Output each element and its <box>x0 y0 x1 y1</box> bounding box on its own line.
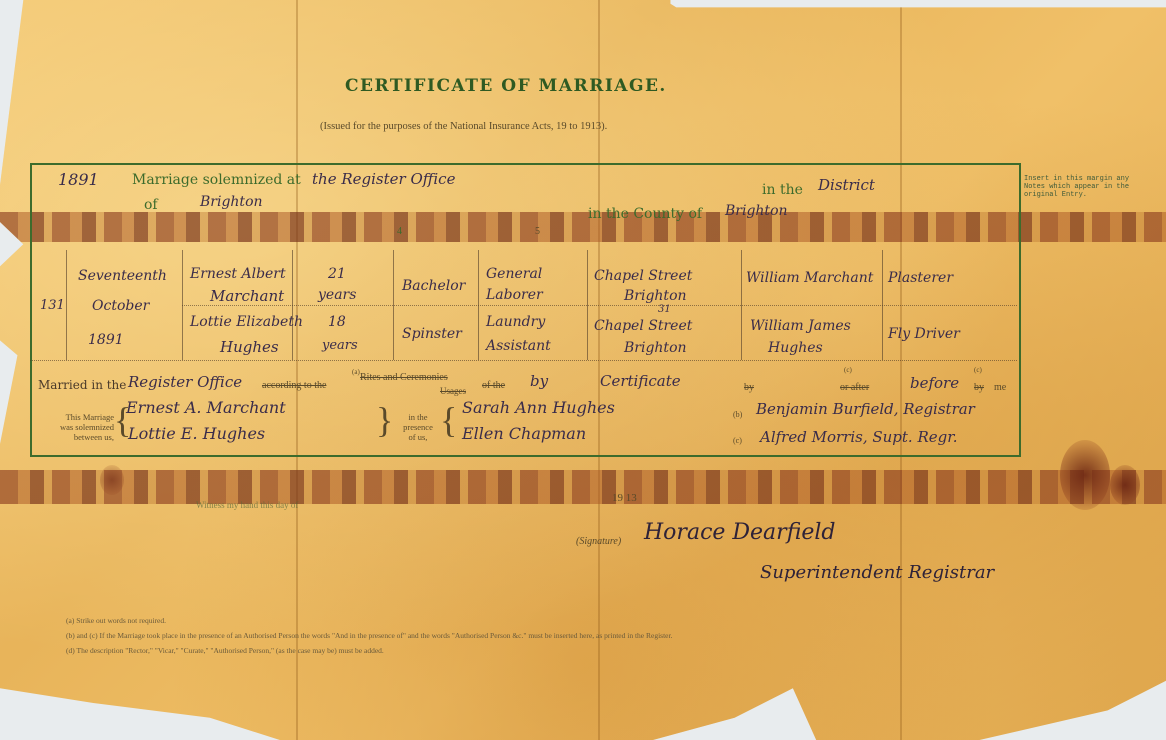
bride-signature: Lottie E. Hughes <box>128 424 265 443</box>
stain-blot <box>100 465 124 495</box>
footnote-d: (d) The description "Rector," "Vicar," "… <box>66 646 384 655</box>
witness-year: 19 13 <box>612 492 637 504</box>
groom-residence-2: Brighton <box>624 288 687 304</box>
stain-blot <box>1060 440 1110 510</box>
presence-label: in the presence of us, <box>398 412 438 442</box>
certificate-subtitle: (Issued for the purposes of the National… <box>320 121 607 132</box>
entry-date-year: 1891 <box>88 332 124 348</box>
bride-age-unit: years <box>322 338 358 353</box>
district-label: District <box>818 176 875 194</box>
bride-residence-note: 31 <box>658 304 671 315</box>
between-label-line: between us, <box>46 432 114 442</box>
groom-father-name: William Marchant <box>746 270 873 286</box>
of-label: of <box>144 197 158 213</box>
struck-usages: Usages <box>440 386 466 396</box>
solemnized-place: the Register Office <box>312 170 455 188</box>
struck-rites: Rites and Ceremonies <box>360 372 448 383</box>
struck-or-after: or after <box>840 382 869 393</box>
officiant-1-signature: Benjamin Burfield, Registrar <box>756 400 975 418</box>
district-name: Brighton <box>200 194 263 210</box>
groom-name-first: Ernest Albert <box>190 266 286 282</box>
entry-number: 131 <box>40 298 65 313</box>
married-method: Certificate <box>600 372 681 390</box>
registrar-title: Superintendent Registrar <box>760 562 994 583</box>
marker-b: (b) <box>733 410 742 419</box>
footnote-b-c: (b) and (c) If the Marriage took place i… <box>66 631 1126 640</box>
marker-a: (a) <box>352 368 360 376</box>
married-by: by <box>530 372 548 390</box>
bride-rank-2: Assistant <box>486 338 551 354</box>
bride-father-rank: Fly Driver <box>888 326 960 342</box>
county-name: Brighton <box>725 203 788 219</box>
groom-name-surname: Marchant <box>210 287 284 305</box>
married-place: Register Office <box>128 373 242 391</box>
officiant-2-signature: Alfred Morris, Supt. Regr. <box>760 428 958 446</box>
bride-residence-1: Chapel Street <box>594 318 692 334</box>
certificate-title: CERTIFICATE OF MARRIAGE. <box>345 76 667 96</box>
married-before: before <box>910 374 959 392</box>
between-us-label: This Marriage was solemnized between us, <box>46 412 114 442</box>
groom-father-rank: Plasterer <box>888 270 953 286</box>
column-number: 4 <box>397 226 402 237</box>
bride-father-name: William James <box>750 318 851 334</box>
between-label-line: This Marriage <box>46 412 114 422</box>
presence-label-line: in the <box>398 412 438 422</box>
row-divider <box>30 360 1017 361</box>
bride-condition: Spinster <box>402 326 462 342</box>
struck-according: according to the <box>262 380 326 391</box>
bride-name-surname: Hughes <box>220 338 279 356</box>
left-brace: { <box>440 402 457 438</box>
married-label: Married in the <box>38 378 126 392</box>
groom-signature: Ernest A. Marchant <box>126 398 286 417</box>
entry-date-day: Seventeenth <box>78 268 167 284</box>
between-label-line: was solemnized <box>46 422 114 432</box>
footnote-a: (a) Strike out words not required. <box>66 616 166 625</box>
struck-by: by <box>744 382 754 393</box>
marker-c: (c) <box>844 366 852 374</box>
groom-age-unit: years <box>318 287 356 303</box>
presence-label-line: of us, <box>398 432 438 442</box>
struck-of-the: of the <box>482 380 505 391</box>
right-brace: } <box>376 402 393 438</box>
groom-rank-1: General <box>486 266 542 282</box>
groom-residence-1: Chapel Street <box>594 268 692 284</box>
groom-age: 21 <box>328 266 346 282</box>
in-the-label: in the <box>762 182 803 198</box>
margin-note: Insert in this margin any Notes which ap… <box>1024 175 1144 199</box>
registrar-signature: Horace Dearfield <box>644 520 836 545</box>
bride-age: 18 <box>328 314 346 330</box>
marker-c: (c) <box>733 436 742 445</box>
entry-year: 1891 <box>58 170 99 189</box>
solemnized-label: Marriage solemnized at <box>132 172 301 188</box>
signature-label: (Signature) <box>576 536 621 547</box>
presence-label-line: presence <box>398 422 438 432</box>
certificate-paper: CERTIFICATE OF MARRIAGE. (Issued for the… <box>0 0 1166 740</box>
witness-1-signature: Sarah Ann Hughes <box>462 398 615 417</box>
row-divider <box>182 305 1017 306</box>
column-number: 5 <box>535 226 540 237</box>
bride-residence-2: Brighton <box>624 340 687 356</box>
witness-hand-line: Witness my hand this day of <box>196 500 298 510</box>
struck-by-me: by <box>974 382 984 393</box>
column-divider <box>66 250 67 360</box>
groom-condition: Bachelor <box>402 278 465 294</box>
county-label: in the County of <box>588 206 702 222</box>
bride-father-surname: Hughes <box>768 340 823 356</box>
entry-date-month: October <box>92 298 149 314</box>
me-label: me <box>994 382 1006 393</box>
witness-2-signature: Ellen Chapman <box>462 424 586 443</box>
groom-rank-2: Laborer <box>486 287 543 303</box>
stain-blot <box>1110 465 1140 505</box>
bride-name-first: Lottie Elizabeth <box>190 314 303 330</box>
marker-c: (c) <box>974 366 982 374</box>
damage-stain-band <box>0 470 1166 504</box>
bride-rank-1: Laundry <box>486 314 545 330</box>
